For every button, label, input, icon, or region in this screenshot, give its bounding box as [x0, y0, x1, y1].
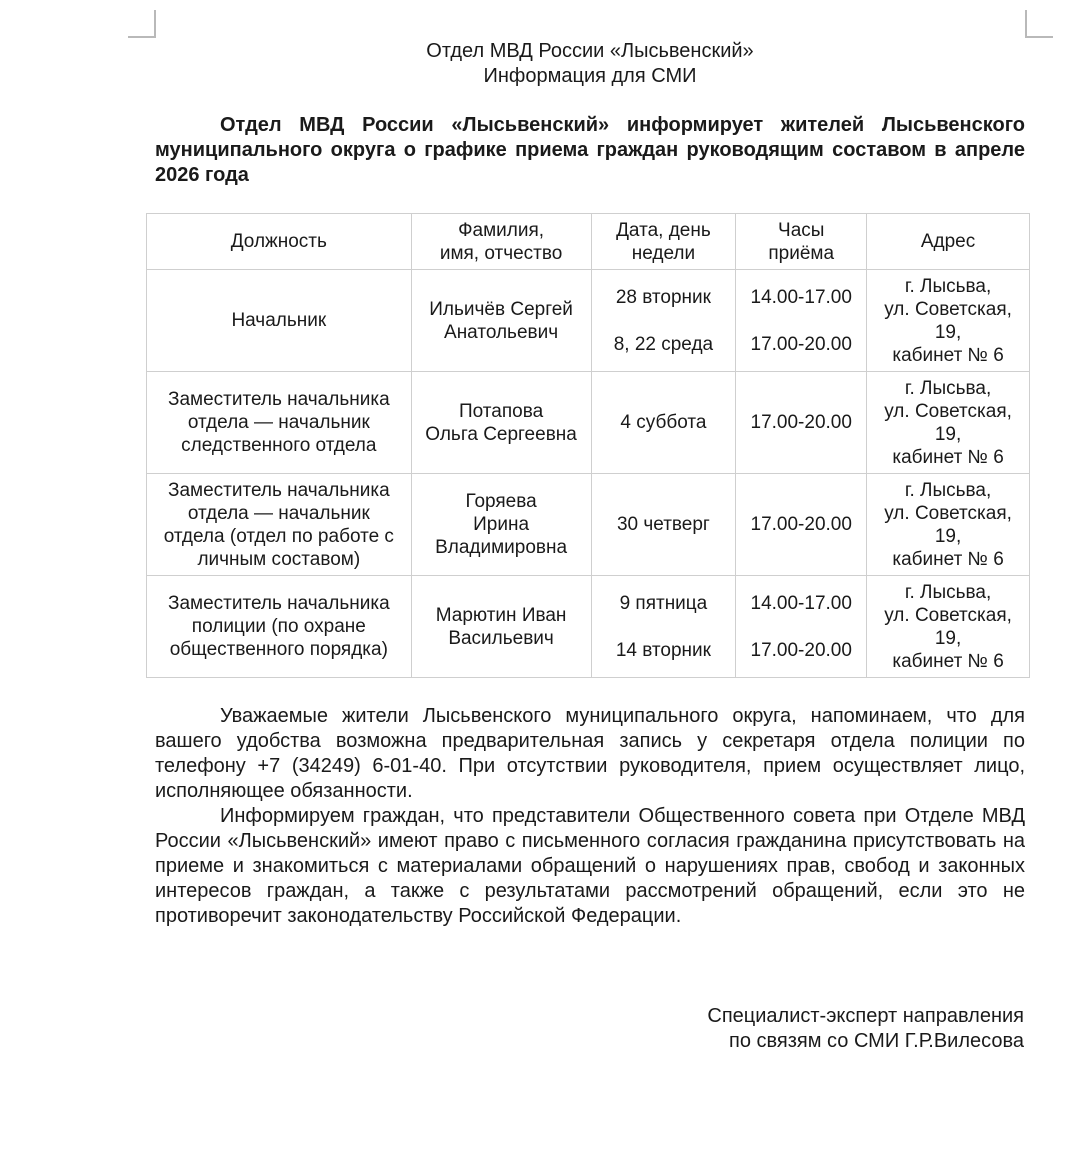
- cell-hours: 14.00-17.0017.00-20.00: [736, 576, 867, 678]
- document-header: Отдел МВД России «Лысьвенский» Информаци…: [0, 39, 1080, 89]
- header-date: Дата, деньнедели: [591, 214, 736, 270]
- table-row: НачальникИльичёв СергейАнатольевич28 вто…: [147, 270, 1030, 372]
- cell-address: г. Лысьва,ул. Советская,19,кабинет № 6: [867, 474, 1030, 576]
- cell-date: 30 четверг: [591, 474, 736, 576]
- page-corner-mark-left: [128, 10, 156, 38]
- cell-line: 14.00-17.00: [740, 592, 862, 615]
- table-row: Заместитель начальникаполиции (по охране…: [147, 576, 1030, 678]
- header-organization: Отдел МВД России «Лысьвенский»: [0, 39, 1080, 64]
- cell-line: 9 пятница: [596, 592, 732, 615]
- cell-hours: 14.00-17.0017.00-20.00: [736, 270, 867, 372]
- multi-slot: 28 вторник8, 22 среда: [596, 286, 732, 356]
- reception-schedule-table: ДолжностьФамилия,имя, отчествоДата, день…: [146, 213, 1030, 678]
- cell-line: ул. Советская,: [871, 400, 1025, 423]
- cell-line: 17.00-20.00: [740, 333, 862, 356]
- cell-line: следственного отдела: [151, 434, 407, 457]
- cell-line: личным составом): [151, 548, 407, 571]
- appointment-paragraph: Уважаемые жители Лысьвенского муниципаль…: [155, 704, 1025, 804]
- cell-address: г. Лысьва,ул. Советская,19,кабинет № 6: [867, 270, 1030, 372]
- cell-date: 28 вторник8, 22 среда: [591, 270, 736, 372]
- multi-slot: 9 пятница14 вторник: [596, 592, 732, 662]
- cell-line: недели: [596, 242, 732, 265]
- cell-hours: 17.00-20.00: [736, 372, 867, 474]
- cell-position: Заместитель начальникаполиции (по охране…: [147, 576, 412, 678]
- table-body: НачальникИльичёв СергейАнатольевич28 вто…: [147, 270, 1030, 678]
- cell-line: 4 суббота: [596, 411, 732, 434]
- table-row: Заместитель начальникаотдела — начальник…: [147, 372, 1030, 474]
- page-corner-mark-right: [1025, 10, 1053, 38]
- cell-line: г. Лысьва,: [871, 275, 1025, 298]
- cell-line: 19,: [871, 321, 1025, 344]
- lead-paragraph: Отдел МВД России «Лысьвенский» информиру…: [155, 113, 1025, 188]
- cell-line: Потапова: [416, 400, 587, 423]
- cell-date: 9 пятница14 вторник: [591, 576, 736, 678]
- cell-full-name: ГоряеваИринаВладимировна: [411, 474, 591, 576]
- signature-name: по связям со СМИ Г.Р.Вилесова: [707, 1029, 1024, 1054]
- cell-line: 8, 22 среда: [596, 333, 732, 356]
- cell-line: Дата, день: [596, 219, 732, 242]
- cell-line: Горяева: [416, 490, 587, 513]
- cell-line: г. Лысьва,: [871, 479, 1025, 502]
- body-text: Уважаемые жители Лысьвенского муниципаль…: [155, 704, 1025, 929]
- cell-line: Ирина: [416, 513, 587, 536]
- cell-address: г. Лысьва,ул. Советская,19,кабинет № 6: [867, 372, 1030, 474]
- cell-line: 17.00-20.00: [740, 411, 862, 434]
- cell-line: Ильичёв Сергей: [416, 298, 587, 321]
- cell-line: Заместитель начальника: [151, 592, 407, 615]
- cell-line: ул. Советская,: [871, 604, 1025, 627]
- cell-line: Должность: [151, 230, 407, 253]
- public-council-paragraph: Информируем граждан, что представители О…: [155, 804, 1025, 929]
- cell-line: г. Лысьва,: [871, 581, 1025, 604]
- cell-line: г. Лысьва,: [871, 377, 1025, 400]
- cell-line: Заместитель начальника: [151, 388, 407, 411]
- table-row: Заместитель начальникаотдела — начальник…: [147, 474, 1030, 576]
- header-position: Должность: [147, 214, 412, 270]
- cell-line: 30 четверг: [596, 513, 732, 536]
- cell-line: Ольга Сергеевна: [416, 423, 587, 446]
- cell-address: г. Лысьва,ул. Советская,19,кабинет № 6: [867, 576, 1030, 678]
- cell-line: 19,: [871, 423, 1025, 446]
- cell-date: 4 суббота: [591, 372, 736, 474]
- multi-slot: 14.00-17.0017.00-20.00: [740, 592, 862, 662]
- cell-line: кабинет № 6: [871, 650, 1025, 673]
- cell-full-name: ПотаповаОльга Сергеевна: [411, 372, 591, 474]
- cell-line: Марютин Иван: [416, 604, 587, 627]
- cell-line: ул. Советская,: [871, 298, 1025, 321]
- multi-slot: 14.00-17.0017.00-20.00: [740, 286, 862, 356]
- cell-hours: 17.00-20.00: [736, 474, 867, 576]
- cell-line: общественного порядка): [151, 638, 407, 661]
- header-address: Адрес: [867, 214, 1030, 270]
- cell-line: Начальник: [151, 309, 407, 332]
- cell-line: отдела (отдел по работе с: [151, 525, 407, 548]
- cell-line: Васильевич: [416, 627, 587, 650]
- signature-block: Специалист-эксперт направления по связям…: [707, 1004, 1024, 1054]
- cell-line: 14.00-17.00: [740, 286, 862, 309]
- cell-line: 17.00-20.00: [740, 639, 862, 662]
- cell-position: Заместитель начальникаотдела — начальник…: [147, 372, 412, 474]
- cell-line: Часы: [740, 219, 862, 242]
- cell-line: 28 вторник: [596, 286, 732, 309]
- cell-line: Анатольевич: [416, 321, 587, 344]
- cell-full-name: Марютин ИванВасильевич: [411, 576, 591, 678]
- header-full-name: Фамилия,имя, отчество: [411, 214, 591, 270]
- header-subtitle: Информация для СМИ: [0, 64, 1080, 89]
- cell-line: отдела — начальник: [151, 502, 407, 525]
- cell-position: Начальник: [147, 270, 412, 372]
- cell-full-name: Ильичёв СергейАнатольевич: [411, 270, 591, 372]
- cell-line: кабинет № 6: [871, 344, 1025, 367]
- cell-line: 14 вторник: [596, 639, 732, 662]
- cell-line: Адрес: [871, 230, 1025, 253]
- cell-line: имя, отчество: [416, 242, 587, 265]
- cell-line: ул. Советская,: [871, 502, 1025, 525]
- cell-line: 19,: [871, 627, 1025, 650]
- cell-line: Фамилия,: [416, 219, 587, 242]
- cell-line: 19,: [871, 525, 1025, 548]
- cell-line: приёма: [740, 242, 862, 265]
- cell-position: Заместитель начальникаотдела — начальник…: [147, 474, 412, 576]
- cell-line: 17.00-20.00: [740, 513, 862, 536]
- cell-line: Заместитель начальника: [151, 479, 407, 502]
- cell-line: кабинет № 6: [871, 548, 1025, 571]
- table-header-row: ДолжностьФамилия,имя, отчествоДата, день…: [147, 214, 1030, 270]
- signature-title: Специалист-эксперт направления: [707, 1004, 1024, 1029]
- header-hours: Часыприёма: [736, 214, 867, 270]
- cell-line: полиции (по охране: [151, 615, 407, 638]
- cell-line: кабинет № 6: [871, 446, 1025, 469]
- cell-line: отдела — начальник: [151, 411, 407, 434]
- cell-line: Владимировна: [416, 536, 587, 559]
